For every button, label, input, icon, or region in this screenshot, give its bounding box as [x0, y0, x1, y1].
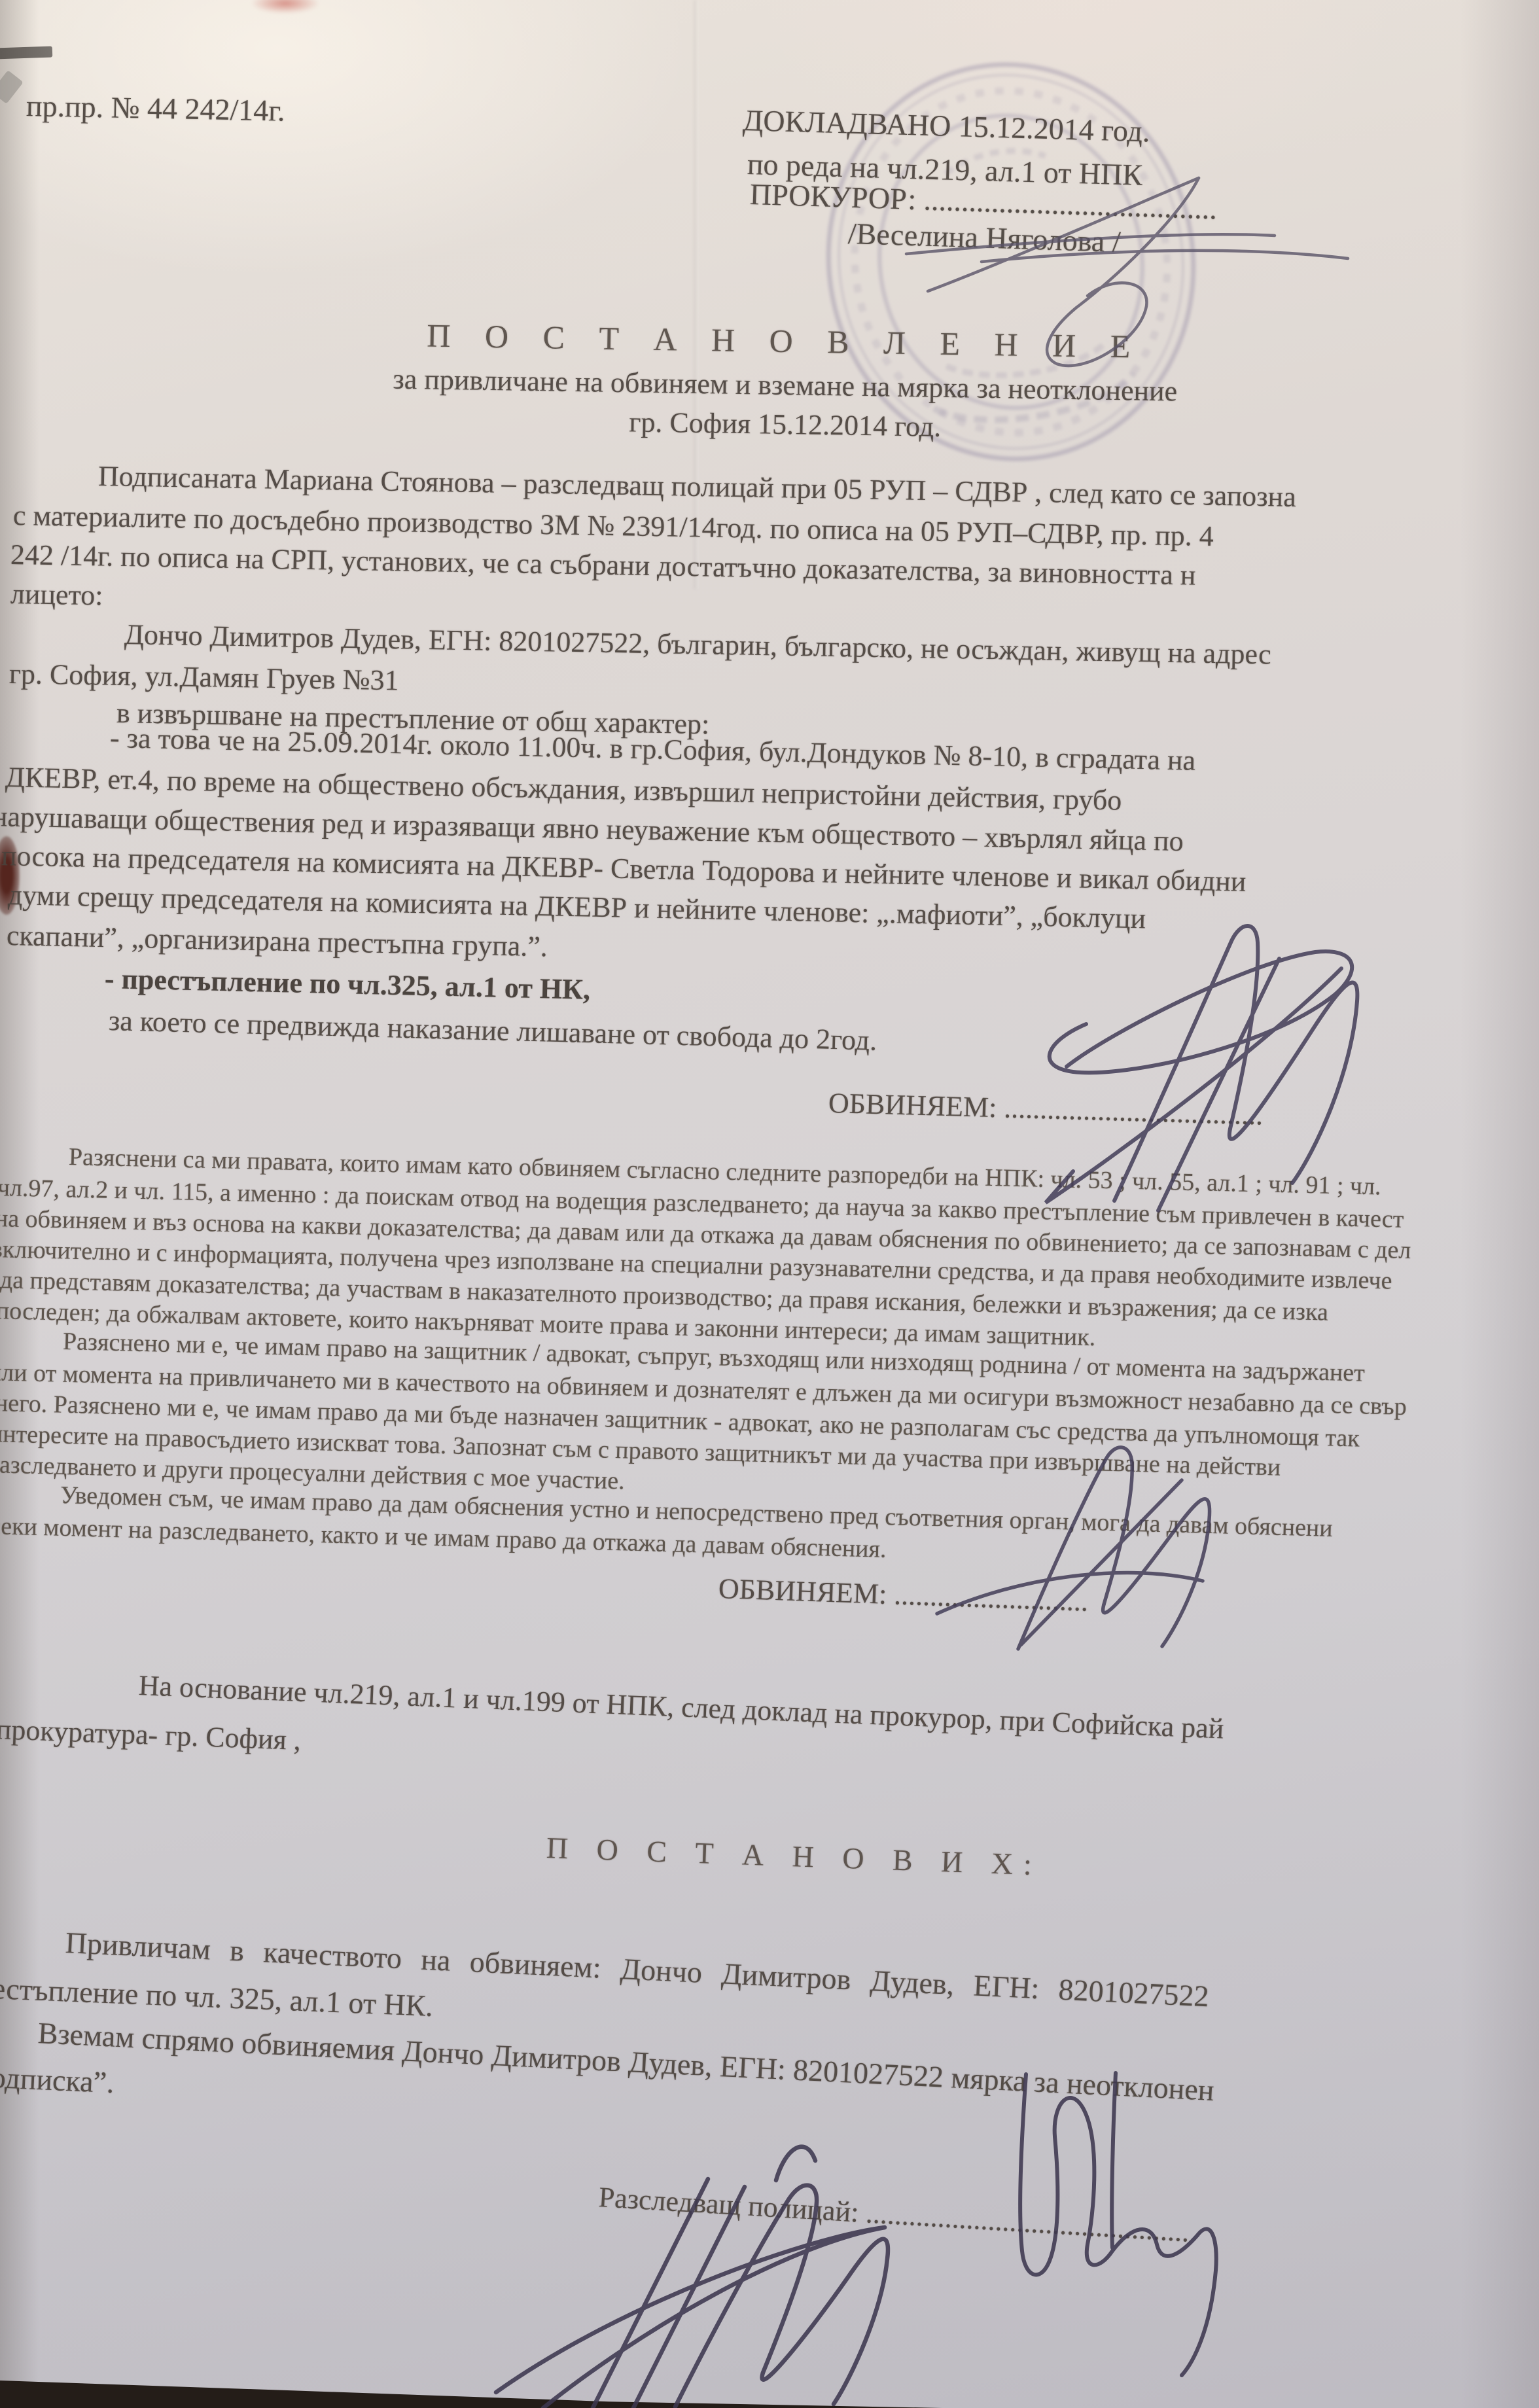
legal-basis-line: прокуратура- гр. София ,: [0, 1711, 302, 1758]
accused-signature-label-2: ОБВИНЯЕМ: ...........................: [718, 1570, 1089, 1620]
ruling-line: одписка”.: [0, 2059, 115, 2102]
scanned-document-photo: { "doc": { "case_number": "пр.пр. № 44 2…: [0, 0, 1539, 2408]
fingertip-blur: [253, 0, 318, 13]
staple-mark: [0, 46, 52, 59]
document-page: пр.пр. № 44 242/14г. ДОКЛАДВАНО 15.12.20…: [0, 0, 1539, 2408]
offense-line: скапани”, „организирана престъпна група.…: [6, 917, 548, 965]
qualification-line: - престъпление по чл.325, ал.1 от НК,: [104, 961, 590, 1008]
case-number: пр.пр. № 44 242/14г.: [26, 87, 285, 130]
ruling-heading: П О С Т А Н О В И Х:: [546, 1829, 1043, 1884]
staple-shadow: [0, 70, 24, 104]
penalty-line: за което се предвижда наказание лишаване…: [108, 1002, 877, 1059]
intro-line: лицето:: [10, 576, 103, 613]
table-surface-bottom: [0, 2362, 982, 2408]
ruling-line: Вземам спрямо обвиняемия Дончо Димитров …: [37, 2014, 1215, 2109]
accused-signature-label-1: ОБВИНЯЕМ: ..............................…: [828, 1085, 1264, 1133]
accused-line: гр. София, ул.Дамян Груев №31: [9, 656, 400, 698]
reported-line: ДОКЛАДВАНО 15.12.2014 год.: [742, 101, 1150, 150]
prosecutor-name: /Веселина Няголова /: [847, 215, 1121, 261]
investigator-signature-label: Разследващ полицай: ....................…: [597, 2179, 1190, 2250]
